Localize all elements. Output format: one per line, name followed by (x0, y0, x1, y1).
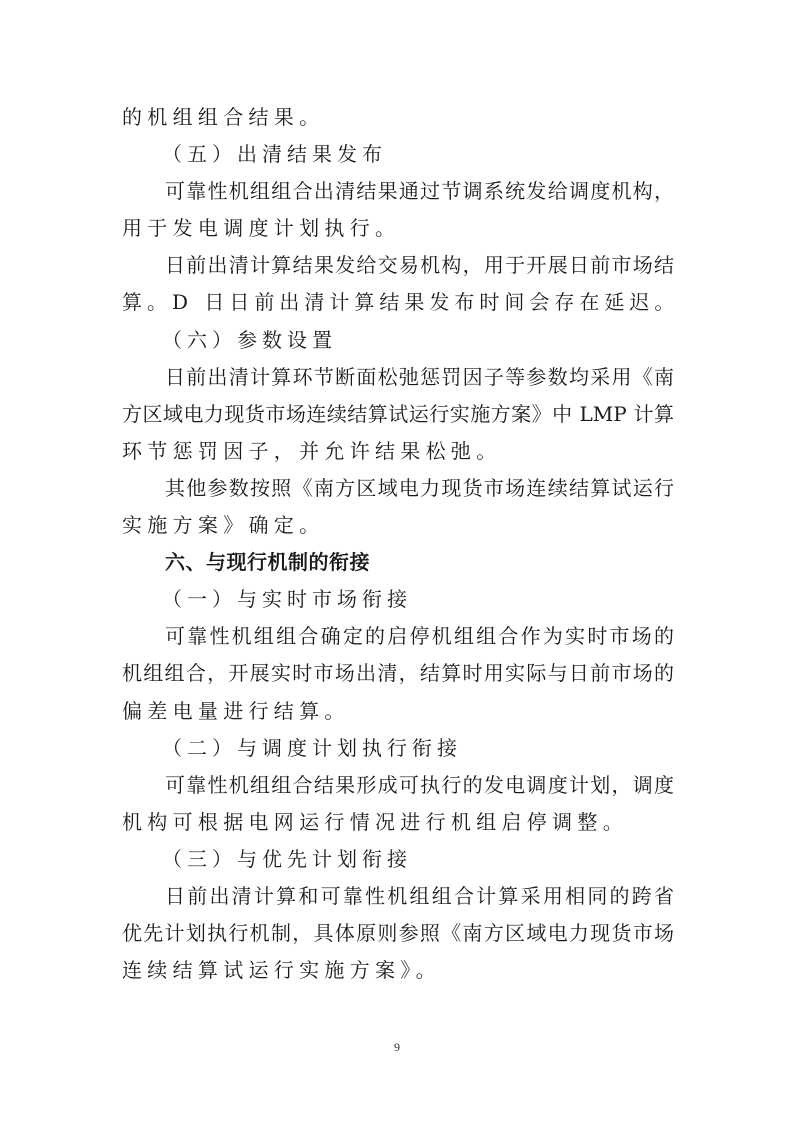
subheading-dispatch-plan: （二）与调度计划执行衔接 (122, 730, 674, 767)
paragraph-realtime-market: 可靠性机组组合确定的启停机组组合作为实时市场的 机组组合，开展实时市场出清，结算… (122, 618, 674, 729)
paragraph-line: 可靠性机组组合结果形成可执行的发电调度计划，调度 (122, 767, 674, 804)
paragraph-priority-plan: 日前出清计算和可靠性机组组合计算采用相同的跨省 优先计划执行机制，具体原则参照《… (122, 878, 674, 989)
paragraph-line: 日前出清计算结果发给交易机构，用于开展日前市场结 (122, 247, 674, 284)
paragraph-line: 机构可根据电网运行情况进行机组启停调整。 (122, 804, 674, 841)
subheading-parameter-settings: （六）参数设置 (122, 322, 674, 359)
paragraph-penalty-factors: 日前出清计算环节断面松弛惩罚因子等参数均采用《南 方区域电力现货市场连续结算试运… (122, 359, 674, 470)
paragraph-line: 用于发电调度计划执行。 (122, 210, 674, 247)
paragraph-line: 算。D 日日前出清计算结果发布时间会存在延迟。 (122, 284, 674, 321)
document-page-body: 的机组组合结果。 （五）出清结果发布 可靠性机组组合出清结果通过节调系统发给调度… (122, 99, 674, 989)
paragraph-line: 其他参数按照《南方区域电力现货市场连续结算试运行 (122, 470, 674, 507)
subheading-result-publication: （五）出清结果发布 (122, 136, 674, 173)
paragraph-line: 可靠性机组组合确定的启停机组组合作为实时市场的 (122, 618, 674, 655)
paragraph-line: 方区域电力现货市场连续结算试运行实施方案》中 LMP 计算 (122, 396, 674, 433)
paragraph-dispatch-plan: 可靠性机组组合结果形成可执行的发电调度计划，调度 机构可根据电网运行情况进行机组… (122, 767, 674, 841)
section-heading-mechanism-connection: 六、与现行机制的衔接 (122, 544, 674, 581)
paragraph-line: 日前出清计算和可靠性机组组合计算采用相同的跨省 (122, 878, 674, 915)
paragraph-line: 机组组合，开展实时市场出清，结算时用实际与日前市场的 (122, 655, 674, 692)
paragraph-line: 日前出清计算环节断面松弛惩罚因子等参数均采用《南 (122, 359, 674, 396)
paragraph-reliability-results: 可靠性机组组合出清结果通过节调系统发给调度机构， 用于发电调度计划执行。 (122, 173, 674, 247)
paragraph-continuation-line: 的机组组合结果。 (122, 99, 674, 136)
paragraph-line: 连续结算试运行实施方案》。 (122, 952, 674, 989)
paragraph-line: 实施方案》确定。 (122, 507, 674, 544)
page-number: 9 (0, 1040, 794, 1055)
paragraph-line: 优先计划执行机制，具体原则参照《南方区域电力现货市场 (122, 915, 674, 952)
paragraph-line: 可靠性机组组合出清结果通过节调系统发给调度机构， (122, 173, 674, 210)
subheading-realtime-market: （一）与实时市场衔接 (122, 581, 674, 618)
paragraph-line: 偏差电量进行结算。 (122, 693, 674, 730)
subheading-priority-plan: （三）与优先计划衔接 (122, 841, 674, 878)
paragraph-line: 环节惩罚因子，并允许结果松弛。 (122, 433, 674, 470)
paragraph-dayahead-results: 日前出清计算结果发给交易机构，用于开展日前市场结 算。D 日日前出清计算结果发布… (122, 247, 674, 321)
paragraph-other-parameters: 其他参数按照《南方区域电力现货市场连续结算试运行 实施方案》确定。 (122, 470, 674, 544)
